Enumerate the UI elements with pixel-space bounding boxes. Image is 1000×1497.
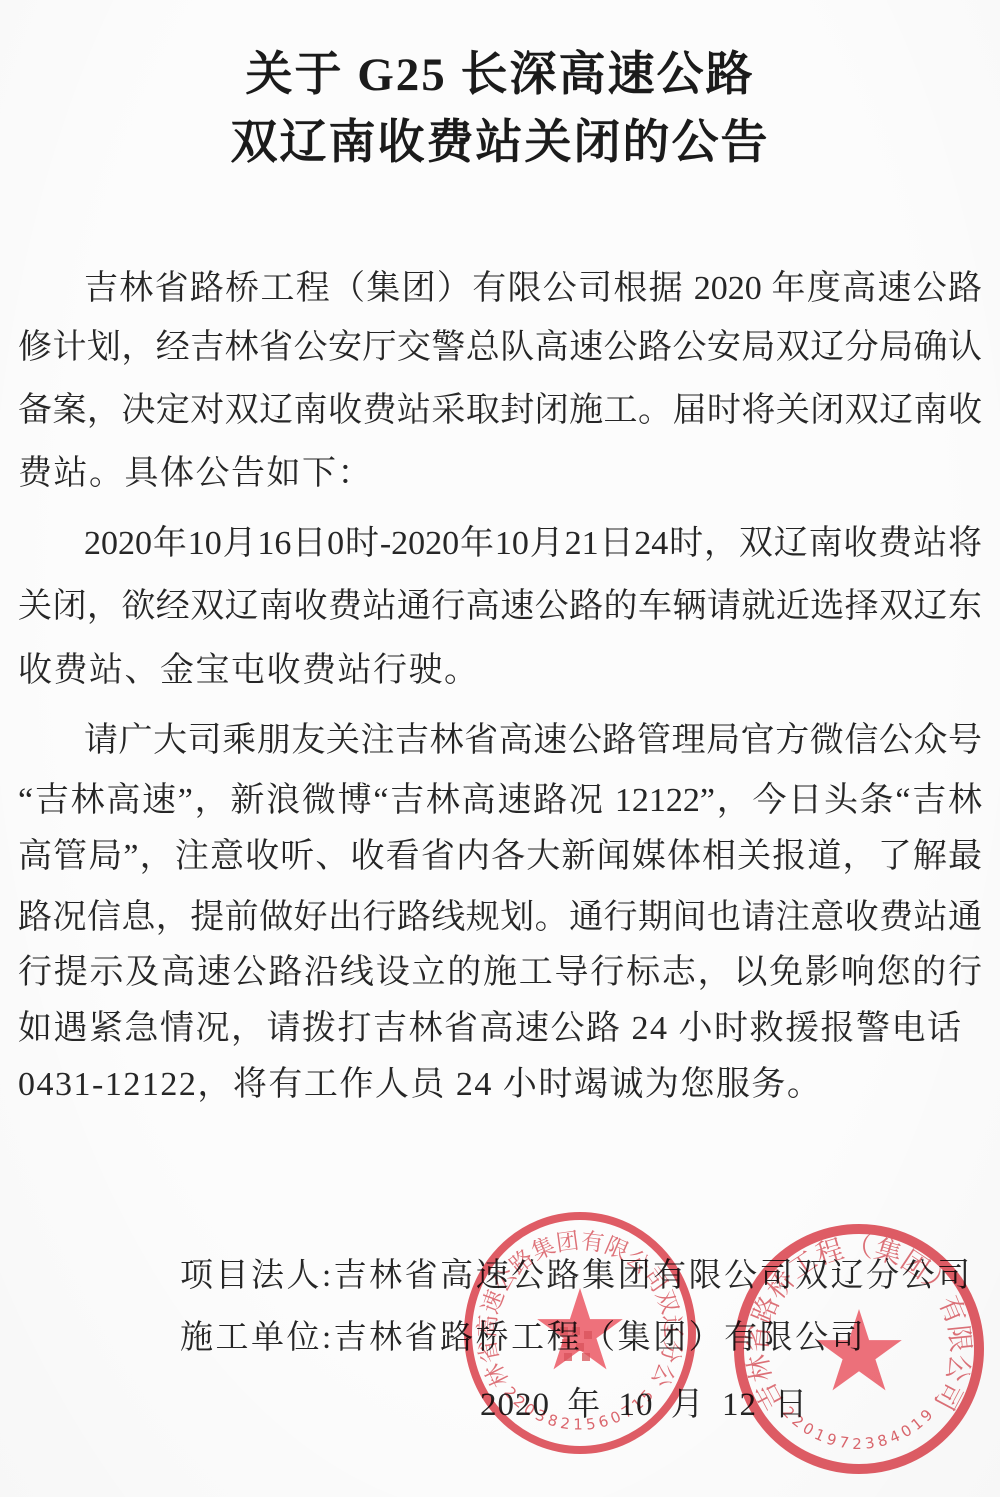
announcement-document: 关于 G25 长深高速公路 双辽南收费站关闭的公告 吉林省路桥工程（集团）有限公… [0,0,1000,1497]
body-line: 请广大司乘朋友关注吉林省高速公路管理局官方微信公众号 [18,720,982,764]
body-line: 路况信息，提前做好出行路线规划。通行期间也请注意收费站通 [18,897,982,941]
body-line: 吉林省路桥工程（集团）有限公司根据 2020 年度高速公路维 [18,268,982,312]
doc-title-line1: 关于 G25 长深高速公路 [0,47,1000,103]
body-line: 2020年10月16日0时-2020年10月21日24时，双辽南收费站将 [18,523,982,567]
body-line: 关闭，欲经双辽南收费站通行高速公路的车辆请就近选择双辽东 [18,586,982,630]
seal-serial-number: 2201972384019 [779,1403,940,1453]
body-line: 收费站、金宝屯收费站行驶。 [18,650,982,694]
official-seal-left: 吉林省高速公路集团有限公司双辽分公司 2203821560715 [460,1205,700,1467]
body-line: 高管局”，注意收听、收看省内各大新闻媒体相关报道，了解最新 [18,836,982,880]
body-line: 费站。具体公告如下： [18,453,982,497]
body-line: 备案，决定对双辽南收费站采取封闭施工。届时将关闭双辽南收 [18,390,982,434]
doc-title-line2: 双辽南收费站关闭的公告 [0,115,1000,171]
star-icon [816,1309,902,1390]
body-line: 如遇紧急情况，请拨打吉林省高速公路 24 小时救援报警电话 [18,1008,982,1052]
seal-serial-number: 2203821560715 [500,1383,659,1434]
body-line: “吉林高速”，新浪微博“吉林高速路况 12122”，今日头条“吉林 [18,780,982,824]
body-line: 行提示及高速公路沿线设立的施工导行标志，以免影响您的行程。 [18,952,982,996]
body-line: 修计划，经吉林省公安厅交警总队高速公路公安局双辽分局确认 [18,327,982,371]
official-seal-right: 吉林省路桥工程（集团）有限公司 2201972384019 [734,1224,986,1476]
seal-company-text: 吉林省高速公路集团有限公司双辽分公司 [460,1205,686,1391]
body-line: 0431-12122，将有工作人员 24 小时竭诚为您服务。 [18,1064,982,1108]
